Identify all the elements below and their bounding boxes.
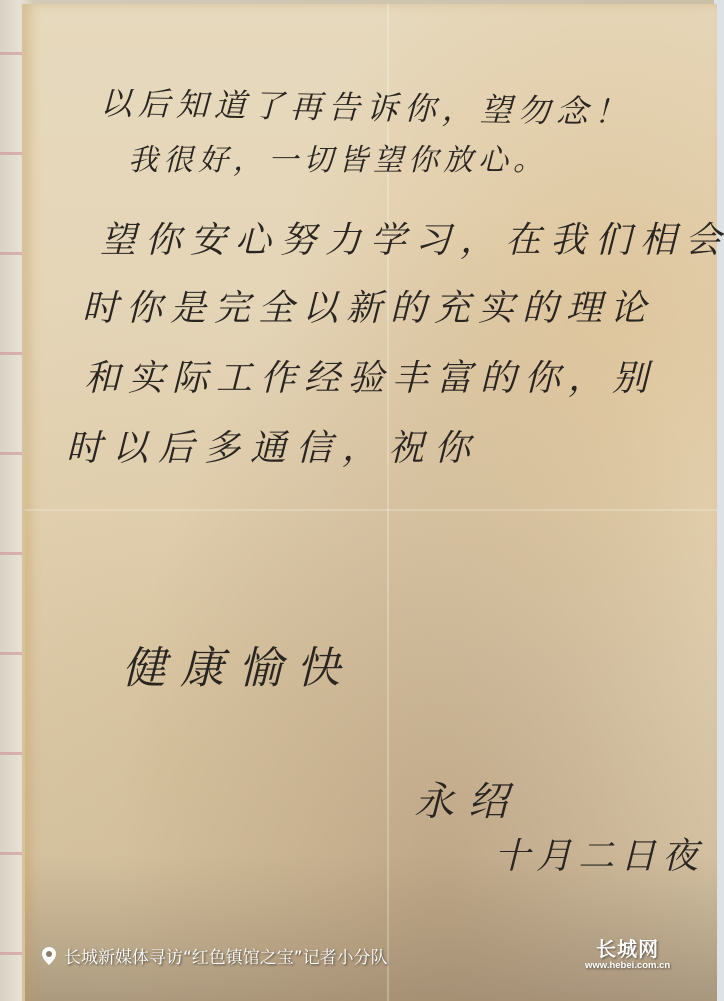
caption-text: 长城新媒体寻访“红色镇馆之宝”记者小分队 — [64, 943, 388, 968]
letter-line-3: 望你安心努力学习，在我们相会 — [100, 212, 724, 263]
letter-closing: 健康愉快 — [122, 632, 354, 696]
letter-date: 十月二日夜 — [494, 828, 704, 879]
letter-line-2: 我很好，一切皆望你放心。 — [128, 135, 548, 179]
location-pin-icon — [40, 946, 58, 966]
letter-line-4: 时你是完全以新的充实的理论 — [82, 280, 654, 331]
letter-signature: 永绍 — [414, 770, 522, 827]
fold-crease-horizontal — [25, 509, 717, 511]
watermark: 长城网 www.hebei.com.cn — [585, 938, 670, 971]
letter-line-5: 和实际工作经验丰富的你，别 — [84, 350, 656, 401]
letter-line-6: 时以后多通信，祝你 — [66, 420, 480, 471]
brand-logo: 长城网 — [585, 938, 670, 960]
photo-caption: 长城新媒体寻访“红色镇馆之宝”记者小分队 — [40, 943, 388, 968]
brand-url: www.hebei.com.cn — [585, 960, 670, 971]
letter-line-1: 以后知道了再告诉你，望勿念！ — [100, 78, 633, 133]
